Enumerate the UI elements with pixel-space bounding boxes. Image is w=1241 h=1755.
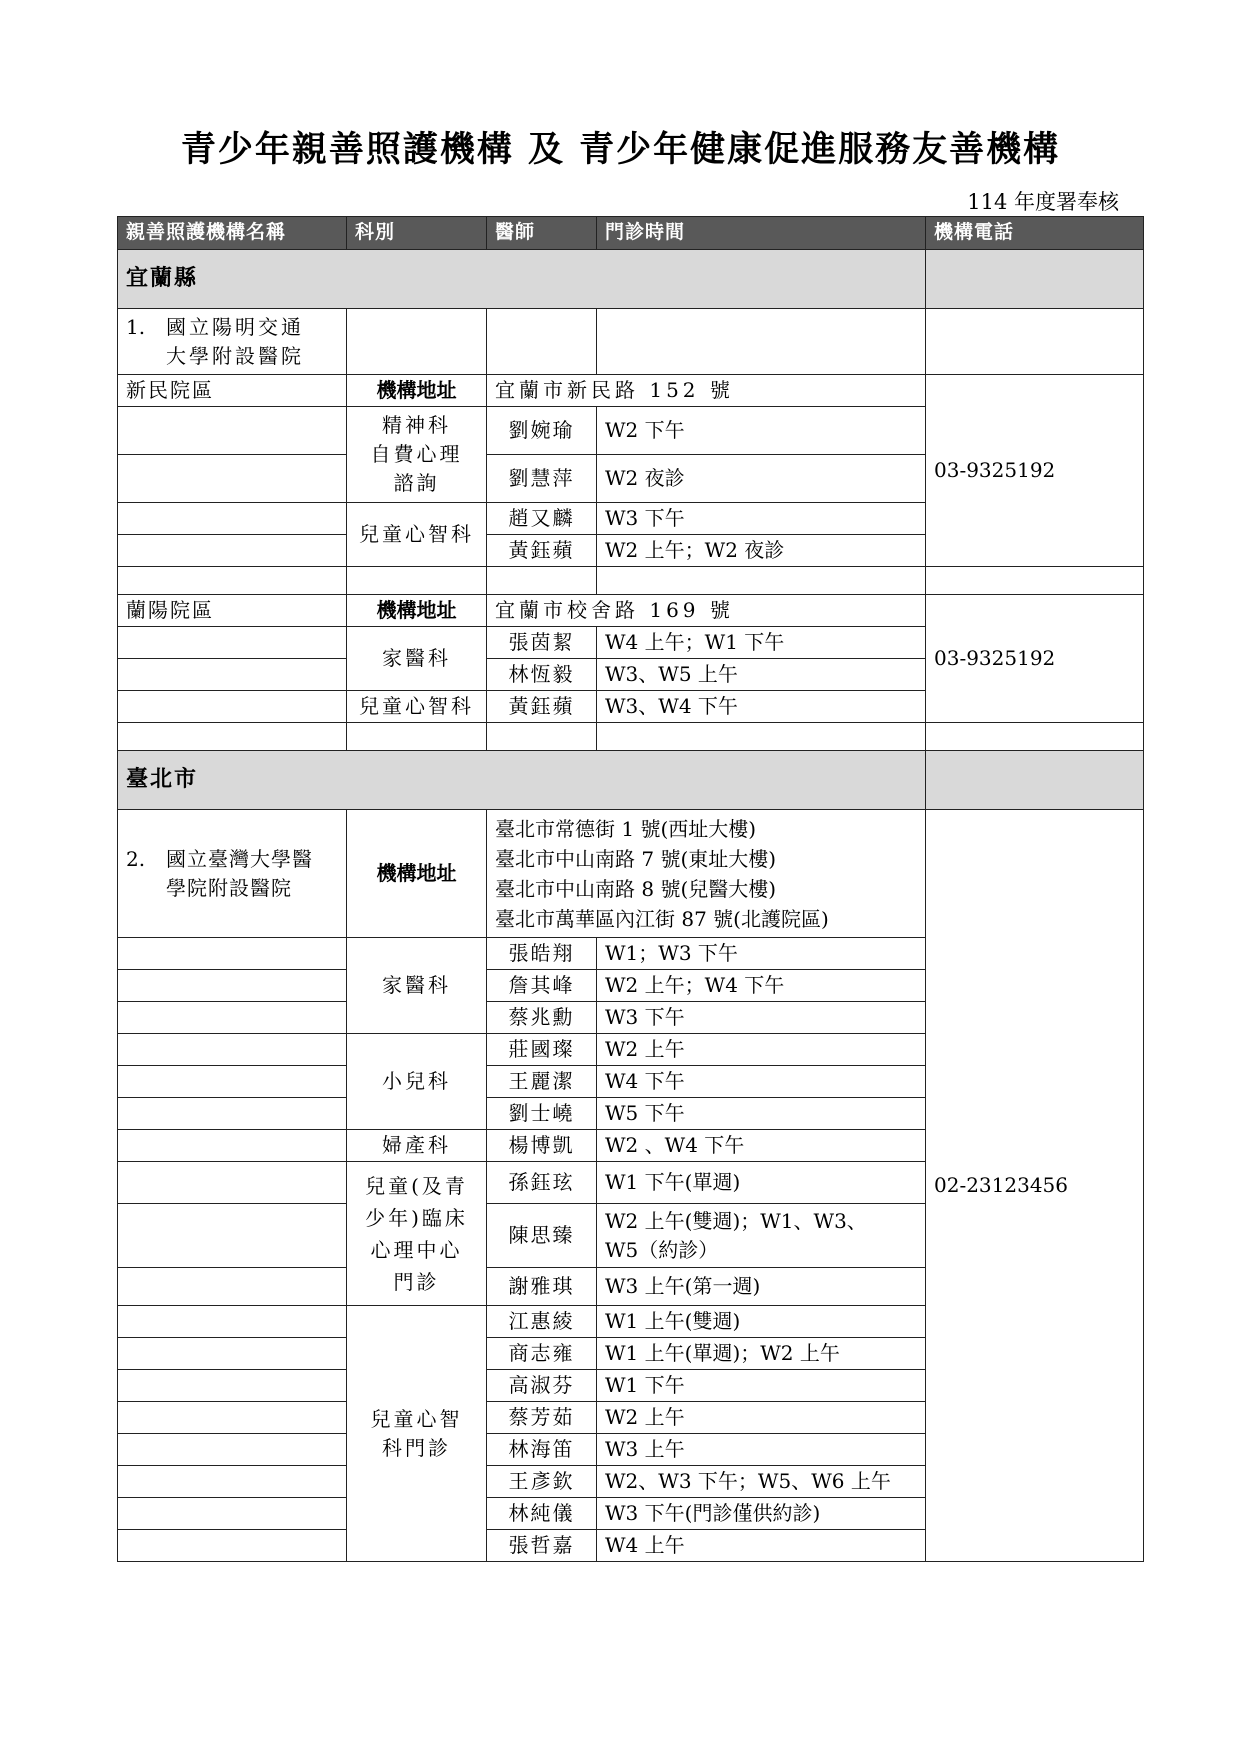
region-row-taipei: 臺北市 <box>118 751 1144 810</box>
doctor-name: 商志雍 <box>487 1338 597 1370</box>
address-line: 臺北市中山南路 7 號(東址大樓) <box>495 844 917 874</box>
clinic-time: W3 下午(門診僅供約診) <box>597 1498 926 1530</box>
doctor-name: 莊國璨 <box>487 1034 597 1066</box>
hospital-number: 2. <box>126 845 166 903</box>
clinic-time: W4 上午；W1 下午 <box>597 627 926 659</box>
dept-name: 精神科 自費心理 諮詢 <box>347 407 487 503</box>
clinic-time: W2 、W4 下午 <box>597 1130 926 1162</box>
clinic-time: W2 下午 <box>597 407 926 455</box>
dept-name: 家醫科 <box>347 627 487 691</box>
address-label: 機構地址 <box>347 375 487 407</box>
doctor-name: 王彥欽 <box>487 1466 597 1498</box>
hospital-number: 1. <box>126 313 166 371</box>
spacer-row <box>118 567 1144 595</box>
campus-name: 蘭陽院區 <box>118 595 347 627</box>
clinic-time: W4 上午 <box>597 1530 926 1562</box>
clinic-time: W2、W3 下午；W5、W6 上午 <box>597 1466 926 1498</box>
clinic-time: W1 下午(單週) <box>597 1162 926 1204</box>
doctor-name: 劉婉瑜 <box>487 407 597 455</box>
header-doctor: 醫師 <box>487 217 597 250</box>
clinic-time: W3 下午 <box>597 503 926 535</box>
clinic-time: W3 上午 <box>597 1434 926 1466</box>
campus-phone: 03-9325192 <box>926 375 1144 567</box>
page-title: 青少年親善照護機構 及 青少年健康促進服務友善機構 <box>0 122 1241 172</box>
doctor-name: 江惠綾 <box>487 1306 597 1338</box>
doctor-name: 林恆毅 <box>487 659 597 691</box>
hospital-addresses: 臺北市常德街 1 號(西址大樓) 臺北市中山南路 7 號(東址大樓) 臺北市中山… <box>487 810 926 938</box>
doctor-name: 王麗潔 <box>487 1066 597 1098</box>
clinic-time: W3、W4 下午 <box>597 691 926 723</box>
campus-row: 新民院區 機構地址 宜蘭市新民路 152 號 03-9325192 <box>118 375 1144 407</box>
clinic-time: W3、W5 上午 <box>597 659 926 691</box>
campus-row: 蘭陽院區 機構地址 宜蘭市校舍路 169 號 03-9325192 <box>118 595 1144 627</box>
approval-note: 114 年度署奉核 <box>967 186 1119 216</box>
campus-name: 新民院區 <box>118 375 347 407</box>
dept-name: 家醫科 <box>347 938 487 1034</box>
dept-name: 婦產科 <box>347 1130 487 1162</box>
doctor-name: 劉慧萍 <box>487 455 597 503</box>
doctor-name: 楊博凱 <box>487 1130 597 1162</box>
clinic-time: W2 夜診 <box>597 455 926 503</box>
institution-table: 親善照護機構名稱 科別 醫師 門診時間 機構電話 宜蘭縣 1. 國立陽明交通 大… <box>117 216 1144 1562</box>
hospital-name-cell: 1. 國立陽明交通 大學附設醫院 <box>118 309 347 375</box>
address-label: 機構地址 <box>347 810 487 938</box>
doctor-name: 林純儀 <box>487 1498 597 1530</box>
hospital-name-line1: 國立臺灣大學醫 <box>166 845 313 874</box>
clinic-time: W4 下午 <box>597 1066 926 1098</box>
hospital-address-row: 2. 國立臺灣大學醫 學院附設醫院 機構地址 臺北市常德街 1 號(西址大樓) … <box>118 810 1144 938</box>
hospital-name-line2: 學院附設醫院 <box>166 874 313 903</box>
hospital-name-line2: 大學附設醫院 <box>166 342 304 371</box>
clinic-time: W2 上午；W4 下午 <box>597 970 926 1002</box>
clinic-time: W2 上午(雙週)；W1、W3、 W5（約診） <box>597 1204 926 1268</box>
hospital-row: 1. 國立陽明交通 大學附設醫院 <box>118 309 1144 375</box>
doctor-name: 謝雅琪 <box>487 1268 597 1306</box>
address-line: 臺北市中山南路 8 號(兒醫大樓) <box>495 874 917 904</box>
campus-address: 宜蘭市新民路 152 號 <box>487 375 926 407</box>
clinic-time: W2 上午 <box>597 1402 926 1434</box>
doctor-name: 詹其峰 <box>487 970 597 1002</box>
dept-name: 兒童心智 科門診 <box>347 1306 487 1562</box>
address-line: 臺北市常德街 1 號(西址大樓) <box>495 814 917 844</box>
doctor-name: 孫鈺玹 <box>487 1162 597 1204</box>
clinic-time: W2 上午 <box>597 1034 926 1066</box>
doctor-name: 張哲嘉 <box>487 1530 597 1562</box>
doctor-name: 蔡芳茹 <box>487 1402 597 1434</box>
clinic-time: W1 上午(單週)；W2 上午 <box>597 1338 926 1370</box>
clinic-time: W1；W3 下午 <box>597 938 926 970</box>
doctor-name: 趙又麟 <box>487 503 597 535</box>
spacer-row <box>118 723 1144 751</box>
header-dept: 科別 <box>347 217 487 250</box>
dept-name: 兒童心智科 <box>347 691 487 723</box>
campus-address: 宜蘭市校舍路 169 號 <box>487 595 926 627</box>
table-header-row: 親善照護機構名稱 科別 醫師 門診時間 機構電話 <box>118 217 1144 250</box>
address-label: 機構地址 <box>347 595 487 627</box>
doctor-name: 黃鈺蘋 <box>487 535 597 567</box>
doctor-name: 張皓翔 <box>487 938 597 970</box>
region-name: 宜蘭縣 <box>118 250 926 309</box>
doctor-name: 張茵絜 <box>487 627 597 659</box>
doctor-name: 林海笛 <box>487 1434 597 1466</box>
clinic-time: W1 上午(雙週) <box>597 1306 926 1338</box>
doctor-name: 黃鈺蘋 <box>487 691 597 723</box>
doctor-name: 蔡兆勳 <box>487 1002 597 1034</box>
address-line: 臺北市萬華區內江街 87 號(北護院區) <box>495 904 917 934</box>
dept-name: 小兒科 <box>347 1034 487 1130</box>
header-phone: 機構電話 <box>926 217 1144 250</box>
doctor-name: 劉士嶢 <box>487 1098 597 1130</box>
doctor-name: 陳思臻 <box>487 1204 597 1268</box>
hospital-name-line1: 國立陽明交通 <box>166 313 304 342</box>
clinic-time: W1 下午 <box>597 1370 926 1402</box>
clinic-time: W3 下午 <box>597 1002 926 1034</box>
header-time: 門診時間 <box>597 217 926 250</box>
campus-phone: 03-9325192 <box>926 595 1144 723</box>
header-name: 親善照護機構名稱 <box>118 217 347 250</box>
region-name: 臺北市 <box>118 751 926 810</box>
clinic-time: W5 下午 <box>597 1098 926 1130</box>
hospital-name-cell: 2. 國立臺灣大學醫 學院附設醫院 <box>118 810 347 938</box>
region-row-yilan: 宜蘭縣 <box>118 250 1144 309</box>
clinic-time: W3 上午(第一週) <box>597 1268 926 1306</box>
doctor-name: 高淑芬 <box>487 1370 597 1402</box>
dept-name: 兒童心智科 <box>347 503 487 567</box>
hospital-phone: 02-23123456 <box>926 810 1144 1562</box>
clinic-time: W2 上午；W2 夜診 <box>597 535 926 567</box>
dept-name: 兒童(及青 少年)臨床 心理中心 門診 <box>347 1162 487 1306</box>
